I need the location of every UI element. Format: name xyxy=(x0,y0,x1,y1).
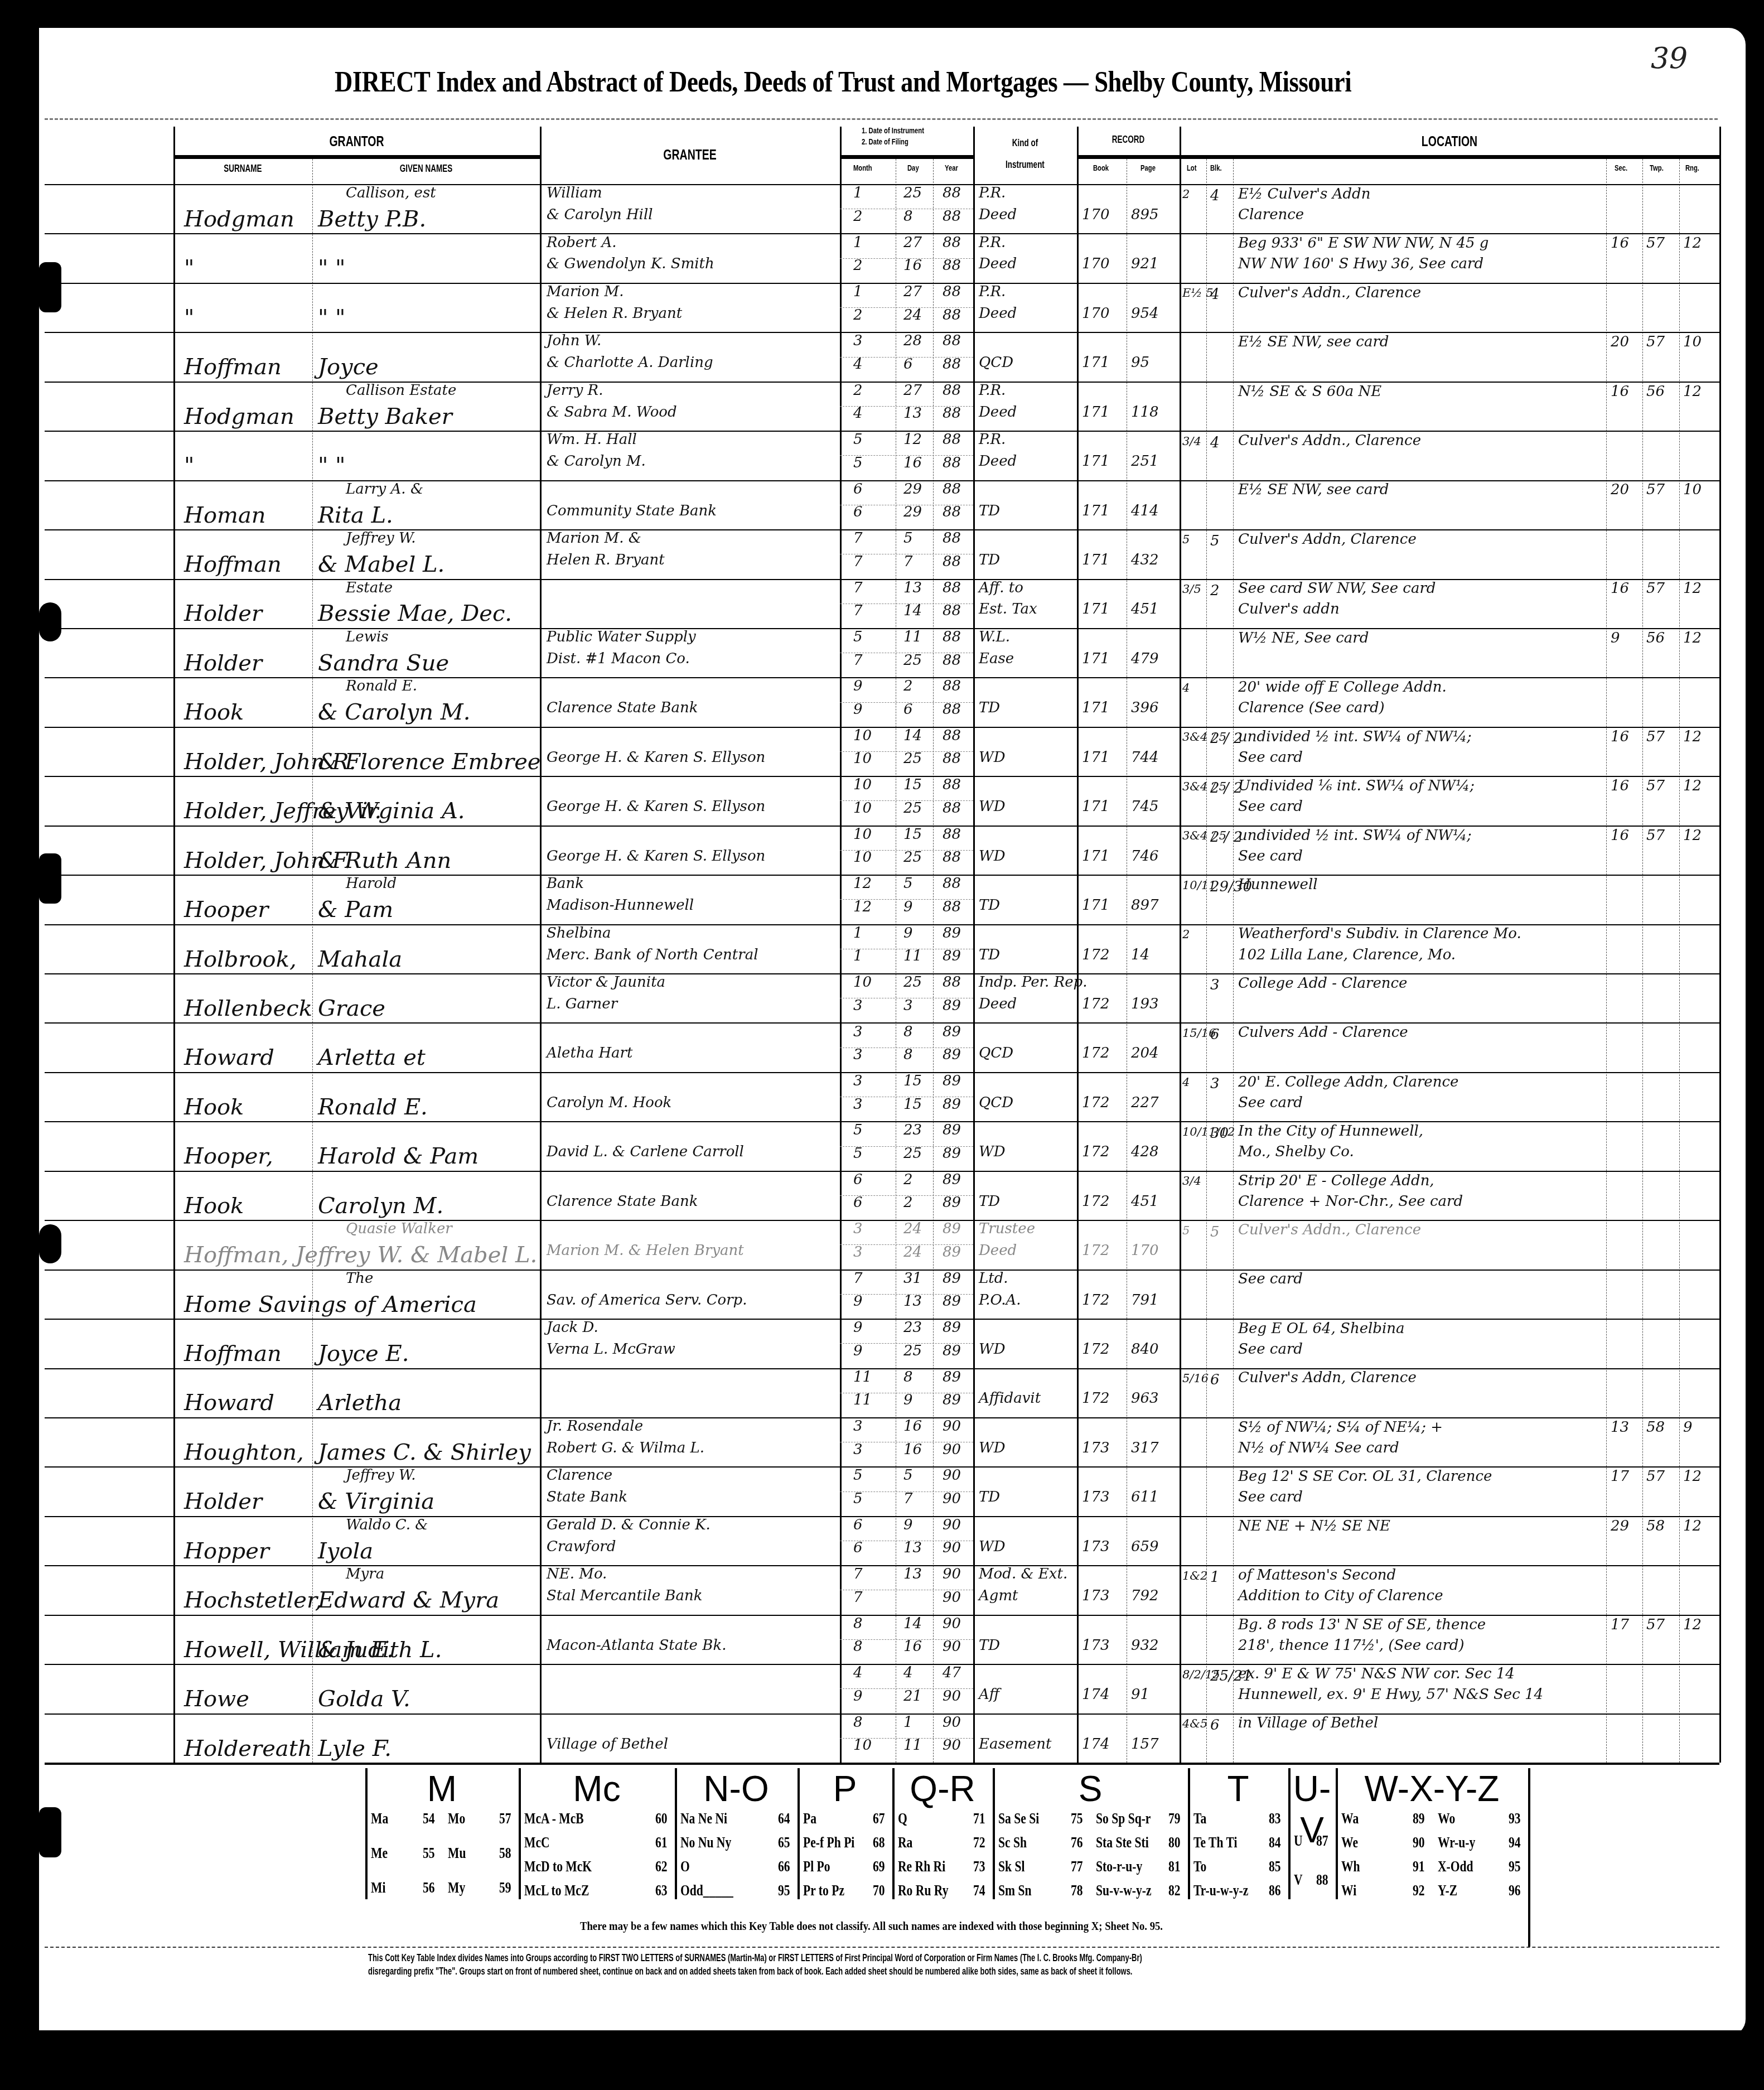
cell-loc1: See card SW NW, See card xyxy=(1238,580,1436,597)
key-item-sheet-number: 62 xyxy=(655,1858,668,1875)
cell-loc1: of Matteson's Second xyxy=(1238,1567,1396,1584)
header-record: RECORD xyxy=(1090,134,1167,146)
header-book: Book xyxy=(1093,163,1109,173)
cell-sec: 20 xyxy=(1611,334,1629,350)
header-kind: Kind of xyxy=(986,137,1064,149)
filing-year: 89 xyxy=(943,1392,961,1408)
cell-given: Iyola xyxy=(318,1538,373,1564)
cell-kind: TD xyxy=(979,699,1000,716)
filing-month: 7 xyxy=(853,602,863,619)
key-item-label: McL to McZ xyxy=(524,1882,589,1899)
instrument-month: 3 xyxy=(853,1220,863,1237)
cell-loc1: Culver's Addn, Clarence xyxy=(1238,531,1417,548)
key-item-sheet-number: 85 xyxy=(1269,1858,1281,1875)
cell-grantee: Aletha Hart xyxy=(547,1045,633,1061)
key-item-label: Ta xyxy=(1193,1810,1206,1827)
cell-grantee-top: William xyxy=(547,185,602,201)
filing-year: 89 xyxy=(943,1096,961,1113)
cell-kind: WD xyxy=(979,798,1006,815)
cell-rng: 9 xyxy=(1683,1419,1693,1436)
cell-grantee-top: Gerald D. & Connie K. xyxy=(547,1517,711,1533)
footer-line-2: disregarding prefix "The". Groups start … xyxy=(368,1966,1132,1977)
key-item-sheet-number: 78 xyxy=(1071,1882,1083,1899)
instrument-day: 9 xyxy=(903,925,913,942)
cell-loc1: E½ SE NW, see card xyxy=(1238,481,1389,498)
instrument-year: 88 xyxy=(943,283,961,300)
key-item-sheet-number: 71 xyxy=(973,1810,985,1827)
table-row: "" "Marion M.& Helen R. BryantP.R.Deed17… xyxy=(0,283,1764,332)
key-item-label: Sk Sl xyxy=(998,1858,1024,1875)
filing-day: 13 xyxy=(903,1539,922,1556)
cell-grantee: David L. & Carlene Carroll xyxy=(547,1143,744,1160)
filing-month: 2 xyxy=(853,257,863,274)
cell-given: Rita L. xyxy=(318,503,393,528)
cell-given-top: Quasie Walker xyxy=(346,1220,452,1237)
table-row: Callison, estHodgmanBetty P.B.William& C… xyxy=(0,184,1764,233)
cell-lot: 5 xyxy=(1182,1224,1190,1237)
cell-rng: 12 xyxy=(1683,827,1702,844)
filing-year: 89 xyxy=(943,1145,961,1162)
cell-grantee: Crawford xyxy=(547,1538,616,1555)
cell-page: 895 xyxy=(1131,206,1159,223)
cell-grantee: & Sabra M. Wood xyxy=(547,404,677,421)
key-item-label: Odd_____ xyxy=(680,1882,733,1899)
cell-loc1: Bg. 8 rods 13' N SE of SE, thence xyxy=(1238,1616,1486,1633)
cell-loc1: undivided ½ int. SW¼ of NW¼; xyxy=(1238,827,1472,844)
cell-loc2: Clarence (See card) xyxy=(1238,699,1385,716)
instrument-month: 6 xyxy=(853,1517,863,1533)
cell-book: 172 xyxy=(1082,1341,1110,1358)
cell-page: 91 xyxy=(1131,1686,1149,1703)
filing-month: 5 xyxy=(853,1145,863,1162)
cell-grantee-top: Bank xyxy=(547,875,584,892)
cell-rng: 12 xyxy=(1683,1468,1702,1485)
instrument-day: 27 xyxy=(903,234,922,251)
key-item-label: U xyxy=(1294,1832,1303,1850)
cell-kind: QCD xyxy=(979,354,1013,371)
table-row: Quasie WalkerHoffman, Jeffrey W. & Mabel… xyxy=(0,1220,1764,1269)
cell-given: Grace xyxy=(318,996,385,1021)
filing-day: 6 xyxy=(903,356,913,373)
cell-kind-top: Aff. to xyxy=(979,580,1023,596)
cell-given-top: Myra xyxy=(346,1566,384,1582)
filing-day: 25 xyxy=(903,800,922,817)
cell-loc1: Beg 12' S SE Cor. OL 31, Clarence xyxy=(1238,1468,1492,1485)
cell-book: 174 xyxy=(1082,1686,1110,1703)
cell-lot: 5/16 xyxy=(1182,1372,1209,1385)
key-item-sheet-number: 68 xyxy=(873,1834,885,1851)
row-divider xyxy=(45,1763,1719,1764)
table-row: Waldo C. &HopperIyolaGerald D. & Connie … xyxy=(0,1516,1764,1565)
instrument-day: 13 xyxy=(903,580,922,596)
cell-twp: 58 xyxy=(1646,1419,1665,1436)
header-date-instrument: 1. Date of Instrument xyxy=(862,126,924,136)
instrument-day: 2 xyxy=(903,1171,913,1188)
cell-page: 659 xyxy=(1131,1538,1159,1555)
header-lot: Lot xyxy=(1187,163,1196,173)
cell-kind: Affidavit xyxy=(979,1390,1041,1407)
table-row: Howell, William E.& Judith L.Macon-Atlan… xyxy=(0,1615,1764,1664)
cell-rng: 12 xyxy=(1683,580,1702,597)
cell-kind: WD xyxy=(979,1341,1006,1358)
key-item-label: So Sp Sq-r xyxy=(1096,1810,1151,1827)
filing-year: 90 xyxy=(943,1589,961,1606)
cell-rng: 12 xyxy=(1683,235,1702,252)
cell-rng: 10 xyxy=(1683,334,1702,350)
cell-grantee: Village of Bethel xyxy=(547,1736,668,1753)
cell-surname: Hook xyxy=(184,1094,244,1120)
cell-page: 792 xyxy=(1131,1587,1159,1604)
instrument-year: 47 xyxy=(943,1664,961,1681)
key-group-heading: M xyxy=(365,1768,519,1809)
cell-sec: 13 xyxy=(1611,1419,1629,1436)
cell-given: Betty Baker xyxy=(318,404,452,429)
key-item-label: Wo xyxy=(1438,1810,1455,1827)
instrument-year: 89 xyxy=(943,1369,961,1386)
cell-grantee: Merc. Bank of North Central xyxy=(547,947,758,963)
cell-book: 172 xyxy=(1082,996,1110,1012)
cell-lot: 4 xyxy=(1182,681,1190,694)
cell-kind: Aff xyxy=(979,1686,999,1703)
cell-kind: WD xyxy=(979,1440,1006,1456)
cell-loc1: In the City of Hunnewell, xyxy=(1238,1123,1423,1140)
instrument-month: 5 xyxy=(853,431,863,448)
filing-day: 13 xyxy=(903,405,922,422)
cell-sec: 16 xyxy=(1611,383,1629,400)
cell-given: Carolyn M. xyxy=(318,1193,443,1219)
cell-surname: " xyxy=(184,453,194,479)
instrument-year: 89 xyxy=(943,1122,961,1138)
instrument-day: 9 xyxy=(903,1517,913,1533)
key-item-sheet-number: 92 xyxy=(1413,1882,1425,1899)
key-item-label: Pl Po xyxy=(803,1858,830,1875)
filing-day: 24 xyxy=(903,307,922,324)
key-item-label: Wa xyxy=(1341,1810,1359,1827)
filing-month: 3 xyxy=(853,997,863,1014)
cell-page: 745 xyxy=(1131,798,1159,815)
key-item-label: Tr-u-w-y-z xyxy=(1193,1882,1248,1899)
cell-given-top: Waldo C. & xyxy=(346,1517,428,1533)
cell-kind: P.O.A. xyxy=(979,1292,1021,1309)
key-item-label: Su-v-w-y-z xyxy=(1096,1882,1152,1899)
instrument-month: 5 xyxy=(853,1467,863,1484)
cell-grantee: State Bank xyxy=(547,1489,627,1505)
cell-loc2: Clarence + Nor-Chr., See card xyxy=(1238,1193,1463,1210)
filing-day: 25 xyxy=(903,1343,922,1359)
table-row: "" "Robert A.& Gwendolyn K. SmithP.R.Dee… xyxy=(0,233,1764,282)
cell-loc2: Addition to City of Clarence xyxy=(1238,1587,1443,1604)
filing-month: 2 xyxy=(853,208,863,225)
table-row: "" "Wm. H. Hall& Carolyn M.P.R.Deed17125… xyxy=(0,431,1764,480)
filing-month: 3 xyxy=(853,1046,863,1063)
key-item-label: To xyxy=(1193,1858,1206,1875)
cell-grantee: & Helen R. Bryant xyxy=(547,305,682,322)
cell-page: 963 xyxy=(1131,1390,1159,1407)
instrument-month: 8 xyxy=(853,1714,863,1731)
cell-twp: 57 xyxy=(1646,481,1665,498)
cell-kind-top: P.R. xyxy=(979,382,1006,399)
cell-loc2: 102 Lilla Lane, Clarence, Mo. xyxy=(1238,947,1456,963)
instrument-year: 88 xyxy=(943,530,961,547)
filing-day: 8 xyxy=(903,1046,913,1063)
filing-day: 13 xyxy=(903,1293,922,1310)
table-row: Holder, John R.& Florence EmbreeGeorge H… xyxy=(0,727,1764,776)
cell-kind: WD xyxy=(979,1538,1006,1555)
cell-surname: Howe xyxy=(184,1686,249,1712)
instrument-month: 1 xyxy=(853,185,863,201)
cell-surname: Holder xyxy=(184,650,262,676)
key-item-label: Sa Se Si xyxy=(998,1810,1039,1827)
cell-book: 172 xyxy=(1082,1143,1110,1160)
cell-loc2: See card xyxy=(1238,749,1303,766)
cell-grantee-top: Robert A. xyxy=(547,234,616,251)
cell-rng: 12 xyxy=(1683,1518,1702,1534)
cell-page: 921 xyxy=(1131,255,1159,272)
cell-book: 170 xyxy=(1082,305,1110,322)
key-item-sheet-number: 59 xyxy=(499,1879,511,1896)
filing-day: 7 xyxy=(903,1490,913,1507)
cell-given: Joyce xyxy=(318,354,379,380)
header-page: Page xyxy=(1140,163,1156,173)
cell-surname: Hoffman xyxy=(184,354,282,380)
filing-month: 3 xyxy=(853,1244,863,1261)
instrument-year: 88 xyxy=(943,481,961,498)
cell-grantee: Clarence State Bank xyxy=(547,699,698,716)
header-location: LOCATION xyxy=(1247,133,1652,150)
instrument-year: 89 xyxy=(943,1024,961,1040)
cell-lot: 4 xyxy=(1182,1075,1190,1089)
instrument-month: 5 xyxy=(853,629,863,645)
cell-grantee: Clarence State Bank xyxy=(547,1193,698,1210)
filing-month: 2 xyxy=(853,307,863,324)
instrument-month: 3 xyxy=(853,332,863,349)
title-lead: DIRECT xyxy=(335,66,430,98)
instrument-year: 90 xyxy=(943,1467,961,1484)
instrument-year: 88 xyxy=(943,629,961,645)
cell-given: & Pam xyxy=(318,897,393,923)
cell-grantee: Community State Bank xyxy=(547,503,717,519)
cell-page: 954 xyxy=(1131,305,1159,322)
filing-year: 88 xyxy=(943,800,961,817)
cell-page: 170 xyxy=(1131,1242,1159,1259)
cell-given: Betty P.B. xyxy=(318,206,426,232)
filing-month: 12 xyxy=(853,899,872,915)
cell-book: 173 xyxy=(1082,1489,1110,1505)
key-item-sheet-number: 55 xyxy=(423,1845,435,1862)
instrument-day: 15 xyxy=(903,776,922,793)
cell-page: 227 xyxy=(1131,1094,1159,1111)
filing-year: 88 xyxy=(943,652,961,669)
key-item-sheet-number: 69 xyxy=(873,1858,885,1875)
instrument-month: 1 xyxy=(853,283,863,300)
cell-lot: 5 xyxy=(1182,533,1190,546)
header-twp: Twp. xyxy=(1650,163,1664,173)
key-item-label: Ro Ru Ry xyxy=(898,1882,948,1899)
table-row: EstateHolderBessie Mae, Dec.Aff. toEst. … xyxy=(0,579,1764,628)
cell-blk: 4 xyxy=(1210,286,1220,303)
key-item-label: Re Rh Ri xyxy=(898,1858,945,1875)
cell-given-top: Lewis xyxy=(346,629,389,645)
cell-twp: 56 xyxy=(1646,383,1665,400)
cell-lot: 3/4 xyxy=(1182,1174,1201,1188)
cell-blk: 2 xyxy=(1210,582,1220,599)
key-item-label: McC xyxy=(524,1834,550,1851)
filing-day: 11 xyxy=(903,948,922,964)
cell-kind: Easement xyxy=(979,1736,1051,1753)
instrument-year: 89 xyxy=(943,1220,961,1237)
key-item-sheet-number: 70 xyxy=(873,1882,885,1899)
key-item-label: Ra xyxy=(898,1834,912,1851)
instrument-month: 6 xyxy=(853,481,863,498)
cell-loc1: undivided ½ int. SW¼ of NW¼; xyxy=(1238,728,1472,745)
instrument-year: 88 xyxy=(943,875,961,892)
cell-page: 479 xyxy=(1131,650,1159,667)
filing-day: 11 xyxy=(903,1737,922,1754)
cell-kind: TD xyxy=(979,1489,1000,1505)
cell-surname: Hoffman, Jeffrey W. & Mabel L. xyxy=(184,1242,537,1268)
table-row: Larry A. &HomanRita L.Community State Ba… xyxy=(0,480,1764,529)
cell-surname: Hook xyxy=(184,1193,244,1219)
filing-day: 9 xyxy=(903,899,913,915)
cell-loc2: NW NW 160' S Hwy 36, See card xyxy=(1238,255,1483,272)
instrument-day: 23 xyxy=(903,1319,922,1336)
filing-year: 88 xyxy=(943,455,961,471)
instrument-year: 88 xyxy=(943,234,961,251)
cell-kind: Agmt xyxy=(979,1587,1018,1604)
cell-book: 172 xyxy=(1082,1193,1110,1210)
table-row: Houghton,James C. & ShirleyJr. Rosendale… xyxy=(0,1417,1764,1466)
cell-surname: Home Savings of America xyxy=(184,1292,477,1317)
key-group-heading: T xyxy=(1188,1768,1288,1809)
key-group-heading: P xyxy=(798,1768,892,1809)
cell-book: 173 xyxy=(1082,1637,1110,1654)
cell-grantee: Stal Mercantile Bank xyxy=(547,1587,702,1604)
cell-kind: WD xyxy=(979,848,1006,865)
filing-month: 9 xyxy=(853,1343,863,1359)
cell-surname: Hook xyxy=(184,699,244,725)
filing-year: 89 xyxy=(943,1244,961,1261)
key-item-label: Te Th Ti xyxy=(1193,1834,1237,1851)
filing-month: 9 xyxy=(853,1688,863,1705)
filing-day: 16 xyxy=(903,455,922,471)
cell-given: Harold & Pam xyxy=(318,1143,479,1169)
cell-given: Golda V. xyxy=(318,1686,410,1712)
cell-loc1: E½ SE NW, see card xyxy=(1238,334,1389,350)
title-rule xyxy=(45,118,1718,120)
key-group-heading: Q-R xyxy=(892,1768,993,1809)
cell-loc2: See card xyxy=(1238,798,1303,815)
cell-twp: 57 xyxy=(1646,827,1665,844)
cell-loc1: Beg 933' 6" E SW NW NW, N 45 g xyxy=(1238,235,1488,252)
key-item-sheet-number: 96 xyxy=(1509,1882,1521,1899)
key-item-label: Sto-r-u-y xyxy=(1096,1858,1142,1875)
key-item-sheet-number: 84 xyxy=(1269,1834,1281,1851)
instrument-day: 24 xyxy=(903,1220,922,1237)
cell-grantee: George H. & Karen S. Ellyson xyxy=(547,749,765,766)
instrument-month: 10 xyxy=(853,776,872,793)
filing-year: 89 xyxy=(943,1343,961,1359)
cell-loc2: Clarence xyxy=(1238,206,1304,223)
key-item-label: Wh xyxy=(1341,1858,1360,1875)
table-row: HoweGolda V.Aff174918/2/1525/21ex. 9' E … xyxy=(0,1664,1764,1713)
instrument-month: 3 xyxy=(853,1418,863,1435)
cell-loc2: See card xyxy=(1238,1341,1303,1358)
cell-given: & Virginia xyxy=(318,1489,434,1514)
cell-page: 414 xyxy=(1131,503,1159,519)
cell-surname: Hollenbeck xyxy=(184,996,312,1021)
table-row: TheHome Savings of AmericaSav. of Americ… xyxy=(0,1270,1764,1319)
header-blk: Blk. xyxy=(1210,163,1222,173)
key-item-label: Sta Ste Sti xyxy=(1096,1834,1149,1851)
cell-grantee: Madison-Hunnewell xyxy=(547,897,694,914)
instrument-year: 90 xyxy=(943,1517,961,1533)
key-item-label: Mo xyxy=(448,1810,465,1827)
cell-page: 791 xyxy=(1131,1292,1159,1309)
cell-sec: 17 xyxy=(1611,1468,1629,1485)
page-title: DIRECT Index and Abstract of Deeds, Deed… xyxy=(335,66,1351,99)
instrument-year: 88 xyxy=(943,382,961,399)
instrument-month: 8 xyxy=(853,1615,863,1632)
instrument-year: 88 xyxy=(943,678,961,694)
cell-kind: Deed xyxy=(979,206,1017,223)
filing-day: 14 xyxy=(903,602,922,619)
cell-surname: Holbrook, xyxy=(184,947,297,972)
instrument-day: 2 xyxy=(903,678,913,694)
cell-given: Edward & Myra xyxy=(318,1587,499,1613)
cell-kind: Deed xyxy=(979,996,1017,1012)
instrument-month: 3 xyxy=(853,1073,863,1089)
scan-bottom-border xyxy=(0,2030,1764,2090)
cell-book: 171 xyxy=(1082,798,1110,815)
filing-day: 24 xyxy=(903,1244,922,1261)
cell-book: 172 xyxy=(1082,1390,1110,1407)
cell-loc2: Mo., Shelby Co. xyxy=(1238,1143,1354,1160)
key-item-sheet-number: 63 xyxy=(655,1882,668,1899)
cell-surname: Hooper, xyxy=(184,1143,273,1169)
instrument-year: 88 xyxy=(943,185,961,201)
key-item-sheet-number: 79 xyxy=(1168,1810,1181,1827)
filing-day: 16 xyxy=(903,1638,922,1655)
cell-sec: 16 xyxy=(1611,728,1629,745)
instrument-day: 11 xyxy=(903,629,922,645)
filing-year: 89 xyxy=(943,1194,961,1211)
cell-blk: 1 xyxy=(1210,1569,1220,1586)
cell-book: 171 xyxy=(1082,650,1110,667)
cell-grantee: George H. & Karen S. Ellyson xyxy=(547,798,765,815)
cell-loc1: Undivided ⅙ int. SW¼ of NW¼; xyxy=(1238,778,1475,794)
table-row: LewisHolderSandra SuePublic Water Supply… xyxy=(0,628,1764,677)
cell-grantee-top: Shelbina xyxy=(547,925,611,942)
key-item-sheet-number: 56 xyxy=(423,1879,435,1896)
instrument-month: 2 xyxy=(853,382,863,399)
filing-day: 29 xyxy=(903,504,922,520)
cell-surname: Hoffman xyxy=(184,552,282,577)
cell-book: 171 xyxy=(1082,552,1110,568)
cell-loc1: Culver's Addn., Clarence xyxy=(1238,432,1421,449)
table-row: Jeffrey W.Hoffman& Mabel L.Marion M. &He… xyxy=(0,529,1764,578)
cell-rng: 10 xyxy=(1683,481,1702,498)
cell-kind-top: P.R. xyxy=(979,185,1006,201)
instrument-month: 1 xyxy=(853,925,863,942)
table-row: Callison EstateHodgmanBetty BakerJerry R… xyxy=(0,382,1764,431)
key-group-heading: N-O xyxy=(675,1768,798,1809)
cell-twp: 57 xyxy=(1646,580,1665,597)
cell-grantee-top: Jr. Rosendale xyxy=(547,1418,643,1435)
scan-top-border xyxy=(0,0,1764,28)
filing-month: 6 xyxy=(853,1539,863,1556)
cell-page: 451 xyxy=(1131,1193,1159,1210)
instrument-day: 15 xyxy=(903,826,922,843)
